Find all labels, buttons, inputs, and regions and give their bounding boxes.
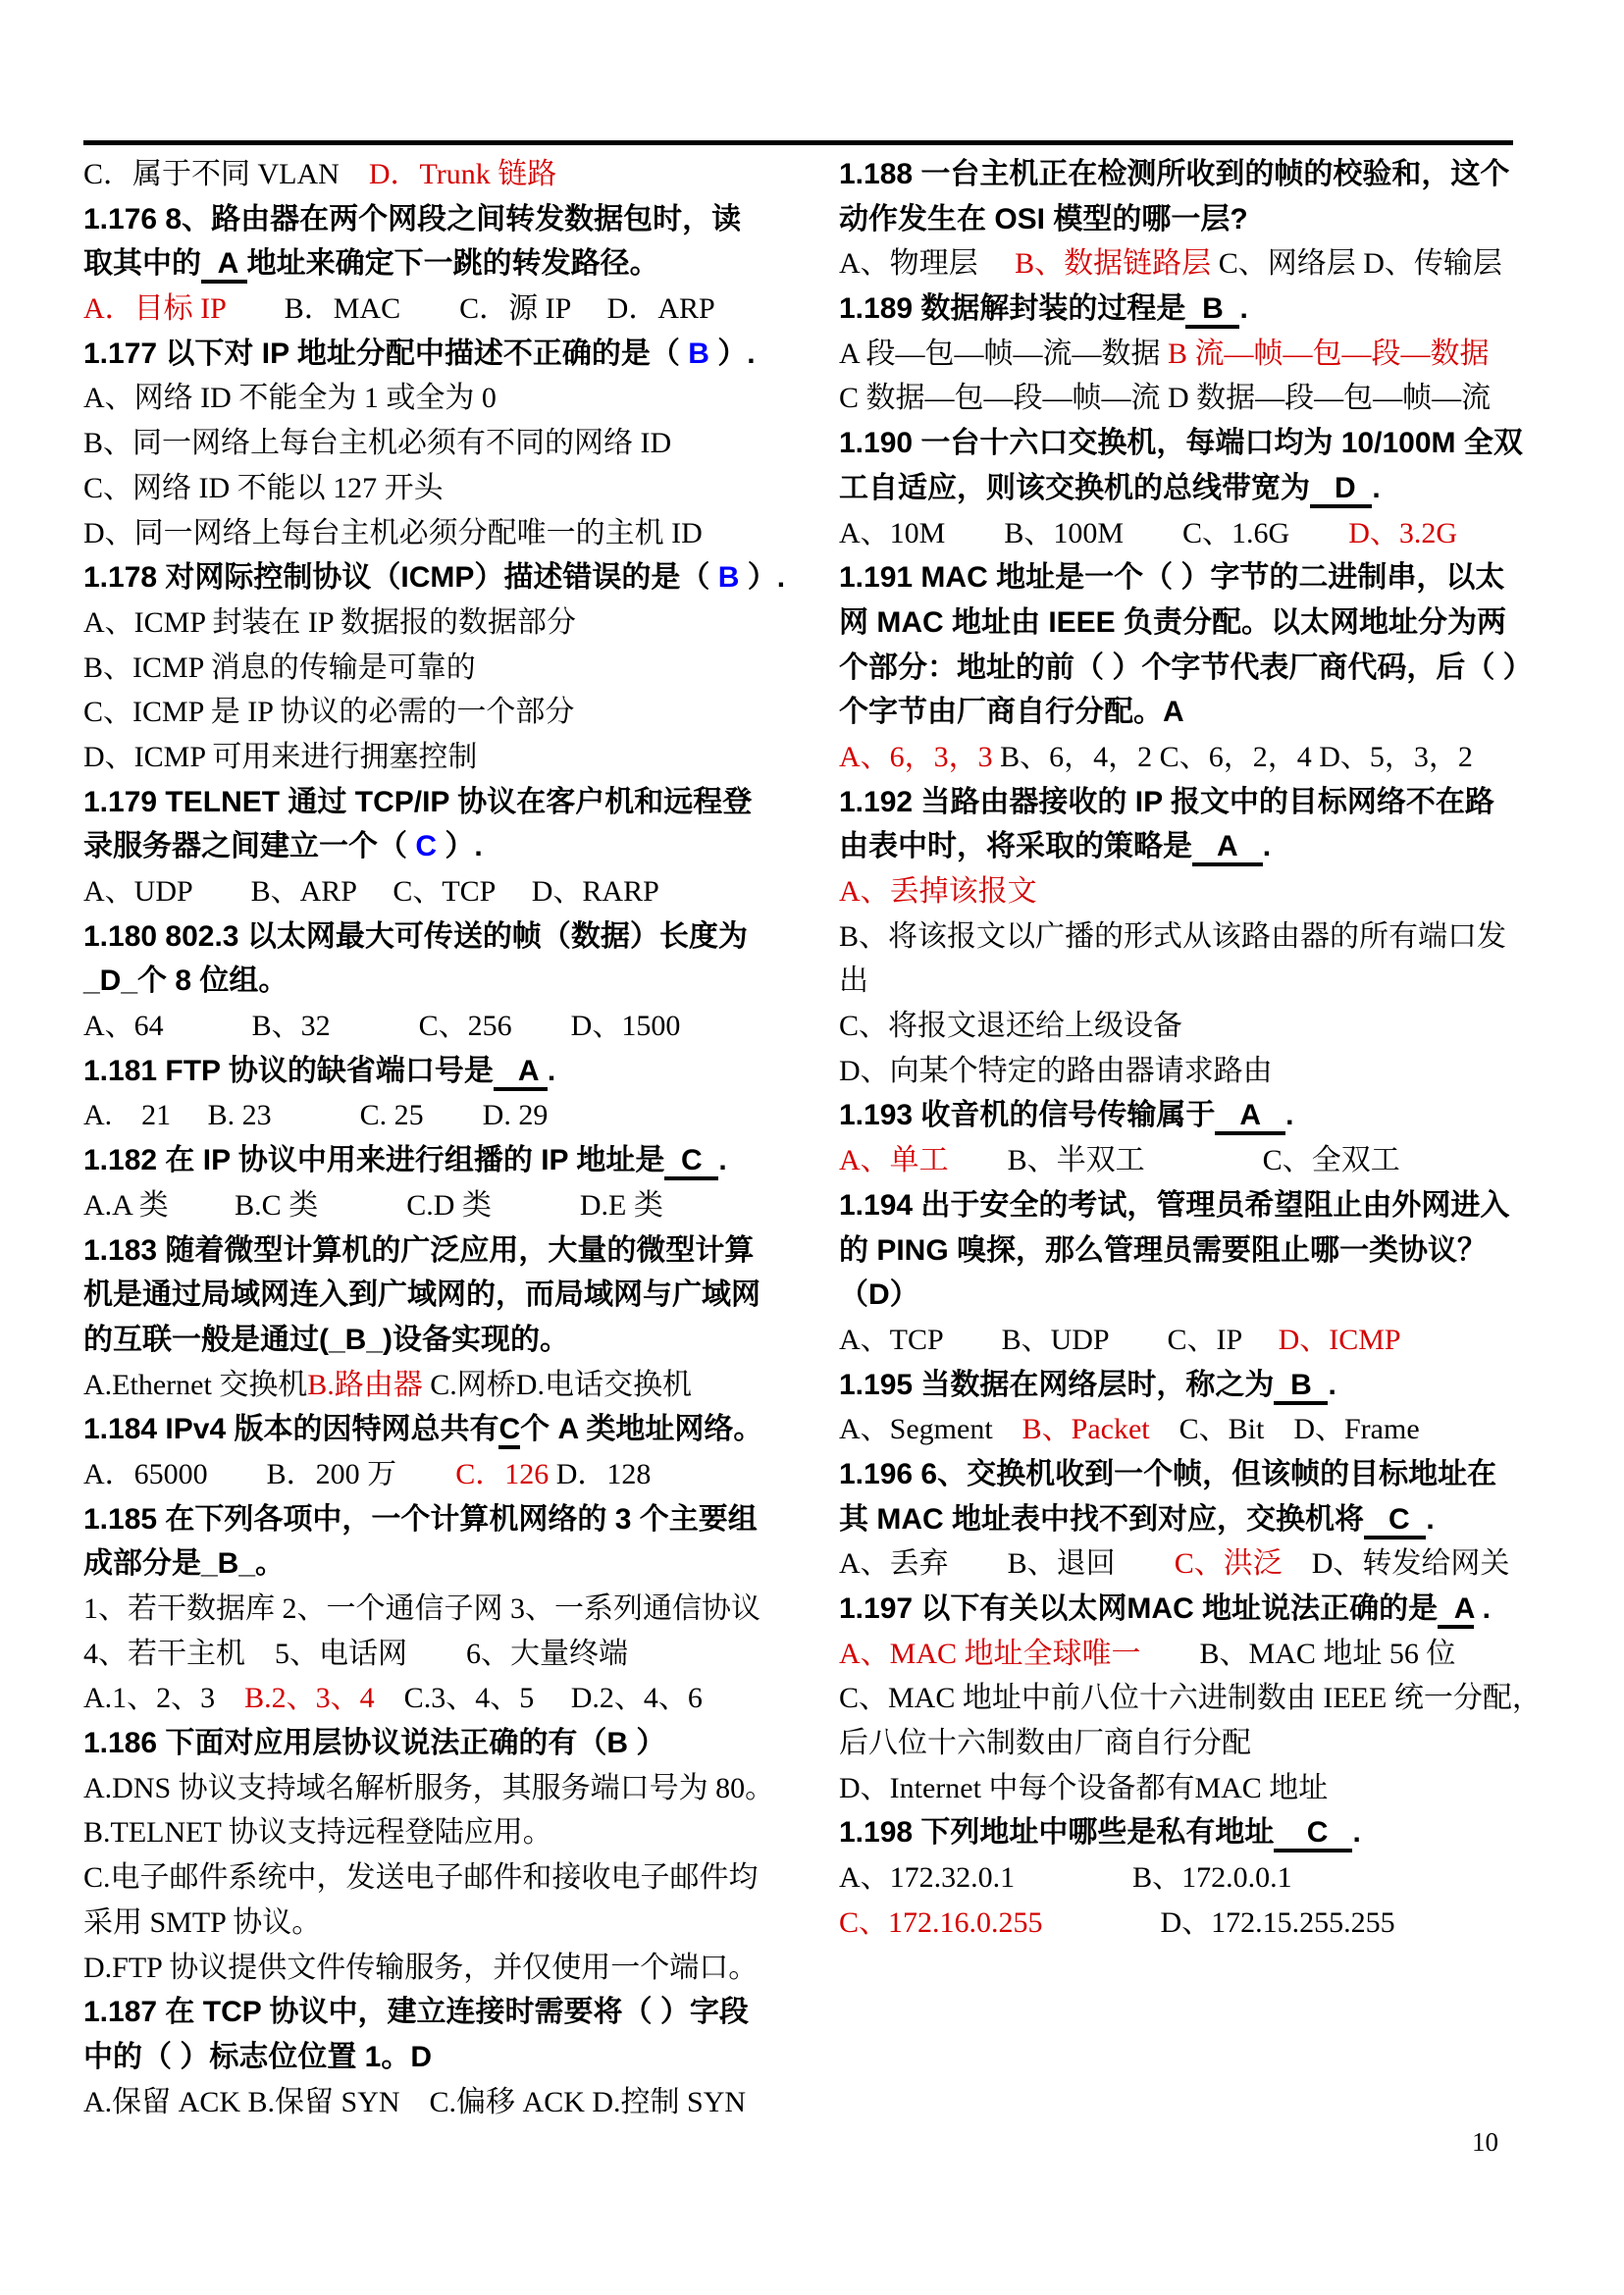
text-line: D、ICMP 可用来进行拥塞控制 <box>83 735 829 780</box>
text-segment: 其 MAC 地址表中找不到对应，交换机将 <box>839 1503 1364 1536</box>
text-line: A、网络 ID 不能全为 1 或全为 0 <box>83 376 829 421</box>
text-segment: B、Packet <box>1022 1413 1150 1445</box>
text-line: 1.184 IPv4 版本的因特网总共有C个 A 类地址网络。 <box>83 1407 829 1452</box>
text-segment: B.路由器 <box>307 1369 423 1401</box>
text-line: 取其中的 A 地址来确定下一跳的转发路径。 <box>83 241 829 287</box>
answer-blank: B <box>1185 292 1239 329</box>
text-segment: D、ICMP 可用来进行拥塞控制 <box>83 741 477 773</box>
text-segment: 1.187 在 TCP 协议中，建立连接时需要将（ ）字段 <box>83 1996 749 2028</box>
text-line: A、64 B、32 C、256 D、1500 <box>83 1004 829 1049</box>
text-segment: D、172.15.255.255 <box>1043 1906 1395 1939</box>
text-segment: C、网络 ID 不能以 127 开头 <box>83 472 444 504</box>
text-line: 个部分：地址的前（ ）个字节代表厂商代码，后（ ） <box>839 646 1585 691</box>
text-segment: _D_个 8 位组。 <box>83 965 288 997</box>
text-line: A.1、2、3 B.2、3、4 C.3、4、5 D.2、4、6 <box>83 1676 829 1721</box>
text-segment: 录服务器之间建立一个（ <box>83 830 415 862</box>
text-line: B、ICMP 消息的传输是可靠的 <box>83 646 829 691</box>
text-line: 1.190 一台十六口交换机，每端口均为 10/100M 全双 <box>839 421 1585 466</box>
text-segment: ）. <box>739 561 785 594</box>
text-segment: 出 <box>839 965 868 997</box>
text-segment: D、ICMP <box>1279 1324 1401 1356</box>
page-number: 10 <box>1472 2127 1498 2158</box>
text-segment: （D） <box>839 1278 919 1311</box>
text-segment: A、丢掉该报文 <box>839 875 1037 908</box>
text-segment: 1.196 6、交换机收到一个帧，但该帧的目标地址在 <box>839 1458 1496 1490</box>
text-segment: D．Trunk 链路 <box>369 158 556 190</box>
column-right: 1.188 一台主机正在检测所收到的帧的校验和，这个动作发生在 OSI 模型的哪… <box>839 152 1585 1946</box>
text-line: A.A 类 B.C 类 C.D 类 D.E 类 <box>83 1183 829 1228</box>
text-line: 1、若干数据库 2、一个通信子网 3、一系列通信协议 <box>83 1587 829 1632</box>
text-segment: 1.176 8、路由器在两个网段之间转发数据包时，读 <box>83 203 741 235</box>
text-segment: 采用 SMTP 协议。 <box>83 1906 321 1939</box>
text-line: A 段—包—帧—流—数据 B 流—帧—包—段—数据 <box>839 332 1585 377</box>
text-segment: . <box>1474 1592 1491 1625</box>
text-segment: B.2、3、4 <box>244 1682 375 1714</box>
text-line: B.TELNET 协议支持远程登陆应用。 <box>83 1810 829 1855</box>
text-line: A.保留 ACK B.保留 SYN C.偏移 ACK D.控制 SYN <box>83 2080 829 2125</box>
text-segment: A 段—包—帧—流—数据 <box>839 338 1168 370</box>
text-segment: 1.181 FTP 协议的缺省端口号是 <box>83 1055 494 1087</box>
text-segment: A、网络 ID 不能全为 1 或全为 0 <box>83 382 497 414</box>
text-segment: 1.194 出于安全的考试，管理员希望阻止由外网进入 <box>839 1189 1509 1222</box>
text-segment: A.1、2、3 <box>83 1682 244 1714</box>
text-line: 工自适应，则该交换机的总线带宽为 D . <box>839 466 1585 511</box>
text-segment: B、将该报文以广播的形式从该路由器的所有端口发 <box>839 920 1506 953</box>
text-line: 个字节由厂商自行分配。A <box>839 690 1585 735</box>
text-line: A、ICMP 封装在 IP 数据报的数据部分 <box>83 600 829 646</box>
text-segment: C.网桥D.电话交换机 <box>423 1369 692 1401</box>
text-segment: A．65000 B．200 万 <box>83 1458 455 1490</box>
text-segment: 中的（ ）标志位位置 1。D <box>83 2041 432 2073</box>
text-segment: C、172.16.0.255 <box>839 1906 1043 1939</box>
answer-blank: B <box>1274 1369 1328 1405</box>
text-segment: A、物理层 <box>839 247 1015 280</box>
text-line: 网 MAC 地址由 IEEE 负责分配。以太网地址分为两 <box>839 600 1585 646</box>
text-segment: . <box>1352 1816 1360 1849</box>
text-segment: B 流—帧—包—段—数据 <box>1168 338 1490 370</box>
document-page: C．属于不同 VLAN D．Trunk 链路1.176 8、路由器在两个网段之间… <box>0 0 1624 2295</box>
text-segment: D．128 <box>549 1458 651 1490</box>
answer-blank: C <box>498 1413 520 1449</box>
answer-blank: A <box>201 247 247 284</box>
answer-blank: C <box>664 1144 718 1180</box>
text-line: 1.179 TELNET 通过 TCP/IP 协议在客户机和远程登 <box>83 780 829 825</box>
text-segment: 1.191 MAC 地址是一个（ ）字节的二进制串，以太 <box>839 561 1504 594</box>
text-segment: B、数据链路层 <box>1015 247 1211 280</box>
text-segment: D、Internet 中每个设备都有MAC 地址 <box>839 1772 1328 1804</box>
text-line: A、丢弃 B、退回 C、洪泛 D、转发给网关 <box>839 1541 1585 1587</box>
text-line: 动作发生在 OSI 模型的哪一层? <box>839 197 1585 242</box>
text-segment: B、半双工 C、全双工 <box>949 1144 1400 1176</box>
text-line: A、TCP B、UDP C、IP D、ICMP <box>839 1318 1585 1363</box>
text-line: 后八位十六制数由厂商自行分配 <box>839 1721 1585 1766</box>
text-segment: B、MAC 地址 56 位 <box>1141 1638 1456 1670</box>
text-line: C、将报文退还给上级设备 <box>839 1004 1585 1049</box>
text-segment: ）. <box>437 830 483 862</box>
text-segment: 1.182 在 IP 协议中用来进行组播的 IP 地址是 <box>83 1144 664 1176</box>
text-segment: D、向某个特定的路由器请求路由 <box>839 1055 1273 1087</box>
text-line: A、10M B、100M C、1.6G D、3.2G <box>839 511 1585 556</box>
text-line: C、ICMP 是 IP 协议的必需的一个部分 <box>83 690 829 735</box>
text-line: 1.176 8、路由器在两个网段之间转发数据包时，读 <box>83 197 829 242</box>
text-segment: 1.189 数据解封装的过程是 <box>839 292 1185 325</box>
text-line: C 数据—包—段—帧—流 D 数据—段—包—帧—流 <box>839 376 1585 421</box>
text-segment: C、MAC 地址中前八位十六进制数由 IEEE 统一分配， <box>839 1682 1542 1714</box>
text-line: 1.177 以下对 IP 地址分配中描述不正确的是（ B ）. <box>83 332 829 377</box>
text-line: 1.195 当数据在网络层时，称之为 B . <box>839 1363 1585 1408</box>
text-segment: A、MAC 地址全球唯一 <box>839 1638 1141 1670</box>
text-segment: . <box>718 1144 726 1176</box>
text-segment: A、单工 <box>839 1144 949 1176</box>
text-segment: 网 MAC 地址由 IEEE 负责分配。以太网地址分为两 <box>839 606 1506 639</box>
text-segment: 取其中的 <box>83 247 201 280</box>
text-line: 1.198 下列地址中哪些是私有地址 C . <box>839 1810 1585 1855</box>
text-segment: 个字节由厂商自行分配。A <box>839 696 1184 728</box>
text-line: D.FTP 协议提供文件传输服务，并仅使用一个端口。 <box>83 1946 829 1991</box>
text-line: 1.183 随着微型计算机的广泛应用，大量的微型计算 <box>83 1228 829 1274</box>
text-segment: 1.178 对网际控制协议（ICMP）描述错误的是（ <box>83 561 718 594</box>
text-line: C.电子邮件系统中，发送电子邮件和接收电子邮件均 <box>83 1855 829 1901</box>
text-segment: 1.179 TELNET 通过 TCP/IP 协议在客户机和远程登 <box>83 786 752 818</box>
text-line: C．属于不同 VLAN D．Trunk 链路 <box>83 152 829 197</box>
text-line: 1.187 在 TCP 协议中，建立连接时需要将（ ）字段 <box>83 1990 829 2035</box>
text-segment: 4、若干主机 5、电话网 6、大量终端 <box>83 1638 628 1670</box>
text-line: 其 MAC 地址表中找不到对应，交换机将 C . <box>839 1497 1585 1542</box>
text-line: A、物理层 B、数据链路层 C、网络层 D、传输层 <box>839 241 1585 287</box>
text-segment: A、64 B、32 C、256 D、1500 <box>83 1010 680 1042</box>
text-segment: ）. <box>709 338 756 370</box>
text-segment: C．属于不同 VLAN <box>83 158 369 190</box>
text-line: 的 PING 嗅探，那么管理员需要阻止哪一类协议？ <box>839 1228 1585 1274</box>
text-line: A、172.32.0.1 B、172.0.0.1 <box>839 1855 1585 1901</box>
answer-blank: A <box>494 1055 548 1091</box>
text-segment: D、3.2G <box>1348 517 1457 549</box>
text-line: A.DNS 协议支持域名解析服务，其服务端口号为 80。 <box>83 1766 829 1811</box>
text-segment: . <box>1426 1503 1434 1536</box>
text-line: 1.178 对网际控制协议（ICMP）描述错误的是（ B ）. <box>83 555 829 600</box>
text-line: 采用 SMTP 协议。 <box>83 1901 829 1946</box>
column-left: C．属于不同 VLAN D．Trunk 链路1.176 8、路由器在两个网段之间… <box>83 152 829 2124</box>
text-line: 1.192 当路由器接收的 IP 报文中的目标网络不在路 <box>839 780 1585 825</box>
text-segment: A.Ethernet 交换机 <box>83 1369 307 1401</box>
text-line: 1.188 一台主机正在检测所收到的帧的校验和，这个 <box>839 152 1585 197</box>
text-segment: . <box>1328 1369 1336 1401</box>
text-segment: 个部分：地址的前（ ）个字节代表厂商代码，后（ ） <box>839 652 1533 684</box>
text-line: 1.197 以下有关以太网MAC 地址说法正确的是 A . <box>839 1587 1585 1632</box>
text-segment: 机是通过局域网连入到广域网的，而局域网与广域网 <box>83 1278 760 1311</box>
text-segment: 1.177 以下对 IP 地址分配中描述不正确的是（ <box>83 338 688 370</box>
text-segment: 成部分是_B_。 <box>83 1547 285 1580</box>
text-segment: B、ICMP 消息的传输是可靠的 <box>83 652 476 684</box>
text-segment: A.保留 ACK B.保留 SYN C.偏移 ACK D.控制 SYN <box>83 2086 746 2118</box>
text-line: 4、若干主机 5、电话网 6、大量终端 <box>83 1632 829 1677</box>
text-segment: C．126 <box>455 1458 549 1490</box>
text-line: D、Internet 中每个设备都有MAC 地址 <box>839 1766 1585 1811</box>
text-line: 1.196 6、交换机收到一个帧，但该帧的目标地址在 <box>839 1452 1585 1497</box>
text-segment: B.TELNET 协议支持远程登陆应用。 <box>83 1816 552 1849</box>
text-segment: A.A 类 B.C 类 C.D 类 D.E 类 <box>83 1189 663 1222</box>
text-line: 1.194 出于安全的考试，管理员希望阻止由外网进入 <box>839 1183 1585 1228</box>
text-line: B、将该报文以广播的形式从该路由器的所有端口发 <box>839 914 1585 960</box>
text-line: 的互联一般是通过(_B_)设备实现的。 <box>83 1318 829 1363</box>
text-segment: C、网络层 D、传输层 <box>1211 247 1502 280</box>
text-line: 录服务器之间建立一个（ C ）. <box>83 824 829 869</box>
text-segment: A、6，3，3 <box>839 741 1000 773</box>
text-line: C、网络 ID 不能以 127 开头 <box>83 466 829 511</box>
text-segment: 1.183 随着微型计算机的广泛应用，大量的微型计算 <box>83 1234 754 1267</box>
text-line: C、172.16.0.255 D、172.15.255.255 <box>839 1901 1585 1946</box>
text-segment: 后八位十六制数由厂商自行分配 <box>839 1727 1251 1759</box>
text-segment: A、172.32.0.1 B、172.0.0.1 <box>839 1861 1292 1894</box>
answer-blank: C <box>1274 1816 1352 1852</box>
text-segment: . <box>1372 472 1380 504</box>
text-line: A、UDP B、ARP C、TCP D、RARP <box>83 869 829 914</box>
text-segment: . <box>548 1055 555 1087</box>
text-segment: C、洪泛 <box>1175 1547 1283 1580</box>
answer-blank: D <box>1310 472 1372 508</box>
text-segment: A、10M B、100M C、1.6G <box>839 517 1348 549</box>
text-segment: D、转发给网关 <box>1283 1547 1510 1580</box>
text-line: 由表中时，将采取的策略是 A . <box>839 824 1585 869</box>
answer-blank: A <box>1215 1099 1285 1135</box>
text-segment: 的互联一般是通过(_B_)设备实现的。 <box>83 1324 569 1356</box>
text-line: （D） <box>839 1273 1585 1318</box>
header-rule <box>83 140 1513 145</box>
text-line: 1.182 在 IP 协议中用来进行组播的 IP 地址是 C . <box>83 1138 829 1183</box>
text-segment: 1.185 在下列各项中，一个计算机网络的 3 个主要组 <box>83 1503 758 1536</box>
text-segment: 1.180 802.3 以太网最大可传送的帧（数据）长度为 <box>83 920 748 953</box>
text-segment: . <box>1239 292 1247 325</box>
text-segment: C、Bit D、Frame <box>1150 1413 1420 1445</box>
text-segment: A、Segment <box>839 1413 1022 1445</box>
text-segment: A.DNS 协议支持域名解析服务，其服务端口号为 80。 <box>83 1772 774 1804</box>
text-segment: 个 A 类地址网络。 <box>520 1413 762 1445</box>
text-line: A．目标 IP B．MAC C．源 IP D．ARP <box>83 287 829 332</box>
text-segment: C.3、4、5 D.2、4、6 <box>375 1682 703 1714</box>
text-line: A、丢掉该报文 <box>839 869 1585 914</box>
text-segment: 1.197 以下有关以太网MAC 地址说法正确的是 <box>839 1592 1438 1625</box>
text-line: 1.186 下面对应用层协议说法正确的有（B ） <box>83 1721 829 1766</box>
text-line: _D_个 8 位组。 <box>83 959 829 1004</box>
text-segment: 的 PING 嗅探，那么管理员需要阻止哪一类协议？ <box>839 1234 1487 1267</box>
text-segment: C 数据—包—段—帧—流 D 数据—段—包—帧—流 <box>839 382 1491 414</box>
text-line: 1.180 802.3 以太网最大可传送的帧（数据）长度为 <box>83 914 829 960</box>
text-segment: B <box>718 561 740 594</box>
answer-blank: A <box>1192 830 1263 866</box>
text-segment: A、ICMP 封装在 IP 数据报的数据部分 <box>83 606 576 639</box>
text-segment: . <box>1285 1099 1293 1131</box>
text-segment: 1.195 当数据在网络层时，称之为 <box>839 1369 1274 1401</box>
text-segment: 工自适应，则该交换机的总线带宽为 <box>839 472 1310 504</box>
text-segment: 地址来确定下一跳的转发路径。 <box>247 247 659 280</box>
text-line: A、MAC 地址全球唯一 B、MAC 地址 56 位 <box>839 1632 1585 1677</box>
text-line: 1.193 收音机的信号传输属于 A . <box>839 1093 1585 1138</box>
text-segment: A．目标 IP <box>83 292 226 325</box>
text-line: A、6，3，3 B、6，4，2 C、6，2，4 D、5，3，2 <box>839 735 1585 780</box>
text-line: 1.189 数据解封装的过程是 B . <box>839 287 1585 332</box>
text-segment: 1.198 下列地址中哪些是私有地址 <box>839 1816 1274 1849</box>
text-line: D、向某个特定的路由器请求路由 <box>839 1049 1585 1094</box>
text-segment: 1.192 当路由器接收的 IP 报文中的目标网络不在路 <box>839 786 1494 818</box>
text-line: 1.181 FTP 协议的缺省端口号是 A . <box>83 1049 829 1094</box>
answer-blank: C <box>1364 1503 1426 1539</box>
text-line: 成部分是_B_。 <box>83 1541 829 1587</box>
text-segment: B．MAC C．源 IP D．ARP <box>226 292 715 325</box>
text-line: 1.185 在下列各项中，一个计算机网络的 3 个主要组 <box>83 1497 829 1542</box>
text-segment: A. 21 B. 23 C. 25 D. 29 <box>83 1099 548 1131</box>
text-line: A．65000 B．200 万 C．126 D．128 <box>83 1452 829 1497</box>
text-segment: A、TCP B、UDP C、IP <box>839 1324 1279 1356</box>
text-segment: . <box>1263 830 1271 862</box>
text-segment: 1.193 收音机的信号传输属于 <box>839 1099 1215 1131</box>
text-segment: D、同一网络上每台主机必须分配唯一的主机 ID <box>83 517 703 549</box>
text-line: 1.191 MAC 地址是一个（ ）字节的二进制串，以太 <box>839 555 1585 600</box>
text-line: A、单工 B、半双工 C、全双工 <box>839 1138 1585 1183</box>
text-segment: 由表中时，将采取的策略是 <box>839 830 1192 862</box>
text-segment: C <box>415 830 437 862</box>
text-segment: A、UDP B、ARP C、TCP D、RARP <box>83 875 659 908</box>
text-line: A. 21 B. 23 C. 25 D. 29 <box>83 1093 829 1138</box>
text-line: A.Ethernet 交换机B.路由器 C.网桥D.电话交换机 <box>83 1363 829 1408</box>
text-segment: B、同一网络上每台主机必须有不同的网络 ID <box>83 427 671 459</box>
text-segment: 动作发生在 OSI 模型的哪一层? <box>839 203 1248 235</box>
text-line: D、同一网络上每台主机必须分配唯一的主机 ID <box>83 511 829 556</box>
text-segment: B <box>688 338 709 370</box>
text-segment: C、将报文退还给上级设备 <box>839 1010 1182 1042</box>
text-segment: 1、若干数据库 2、一个通信子网 3、一系列通信协议 <box>83 1592 760 1625</box>
text-line: C、MAC 地址中前八位十六进制数由 IEEE 统一分配， <box>839 1676 1585 1721</box>
text-line: A、Segment B、Packet C、Bit D、Frame <box>839 1407 1585 1452</box>
text-line: B、同一网络上每台主机必须有不同的网络 ID <box>83 421 829 466</box>
text-segment: 1.190 一台十六口交换机，每端口均为 10/100M 全双 <box>839 427 1523 459</box>
text-segment: 1.188 一台主机正在检测所收到的帧的校验和，这个 <box>839 158 1509 190</box>
text-segment: 1.186 下面对应用层协议说法正确的有（B ） <box>83 1727 665 1759</box>
text-segment: C、ICMP 是 IP 协议的必需的一个部分 <box>83 696 574 728</box>
text-segment: 1.184 IPv4 版本的因特网总共有 <box>83 1413 498 1445</box>
text-segment: D.FTP 协议提供文件传输服务，并仅使用一个端口。 <box>83 1952 758 1984</box>
text-line: 中的（ ）标志位位置 1。D <box>83 2035 829 2080</box>
text-segment: C.电子邮件系统中，发送电子邮件和接收电子邮件均 <box>83 1861 759 1894</box>
text-segment: B、6，4，2 C、6，2，4 D、5，3，2 <box>1000 741 1473 773</box>
text-line: 机是通过局域网连入到广域网的，而局域网与广域网 <box>83 1273 829 1318</box>
text-line: 出 <box>839 959 1585 1004</box>
answer-blank: A <box>1438 1592 1474 1629</box>
text-segment: A、丢弃 B、退回 <box>839 1547 1175 1580</box>
